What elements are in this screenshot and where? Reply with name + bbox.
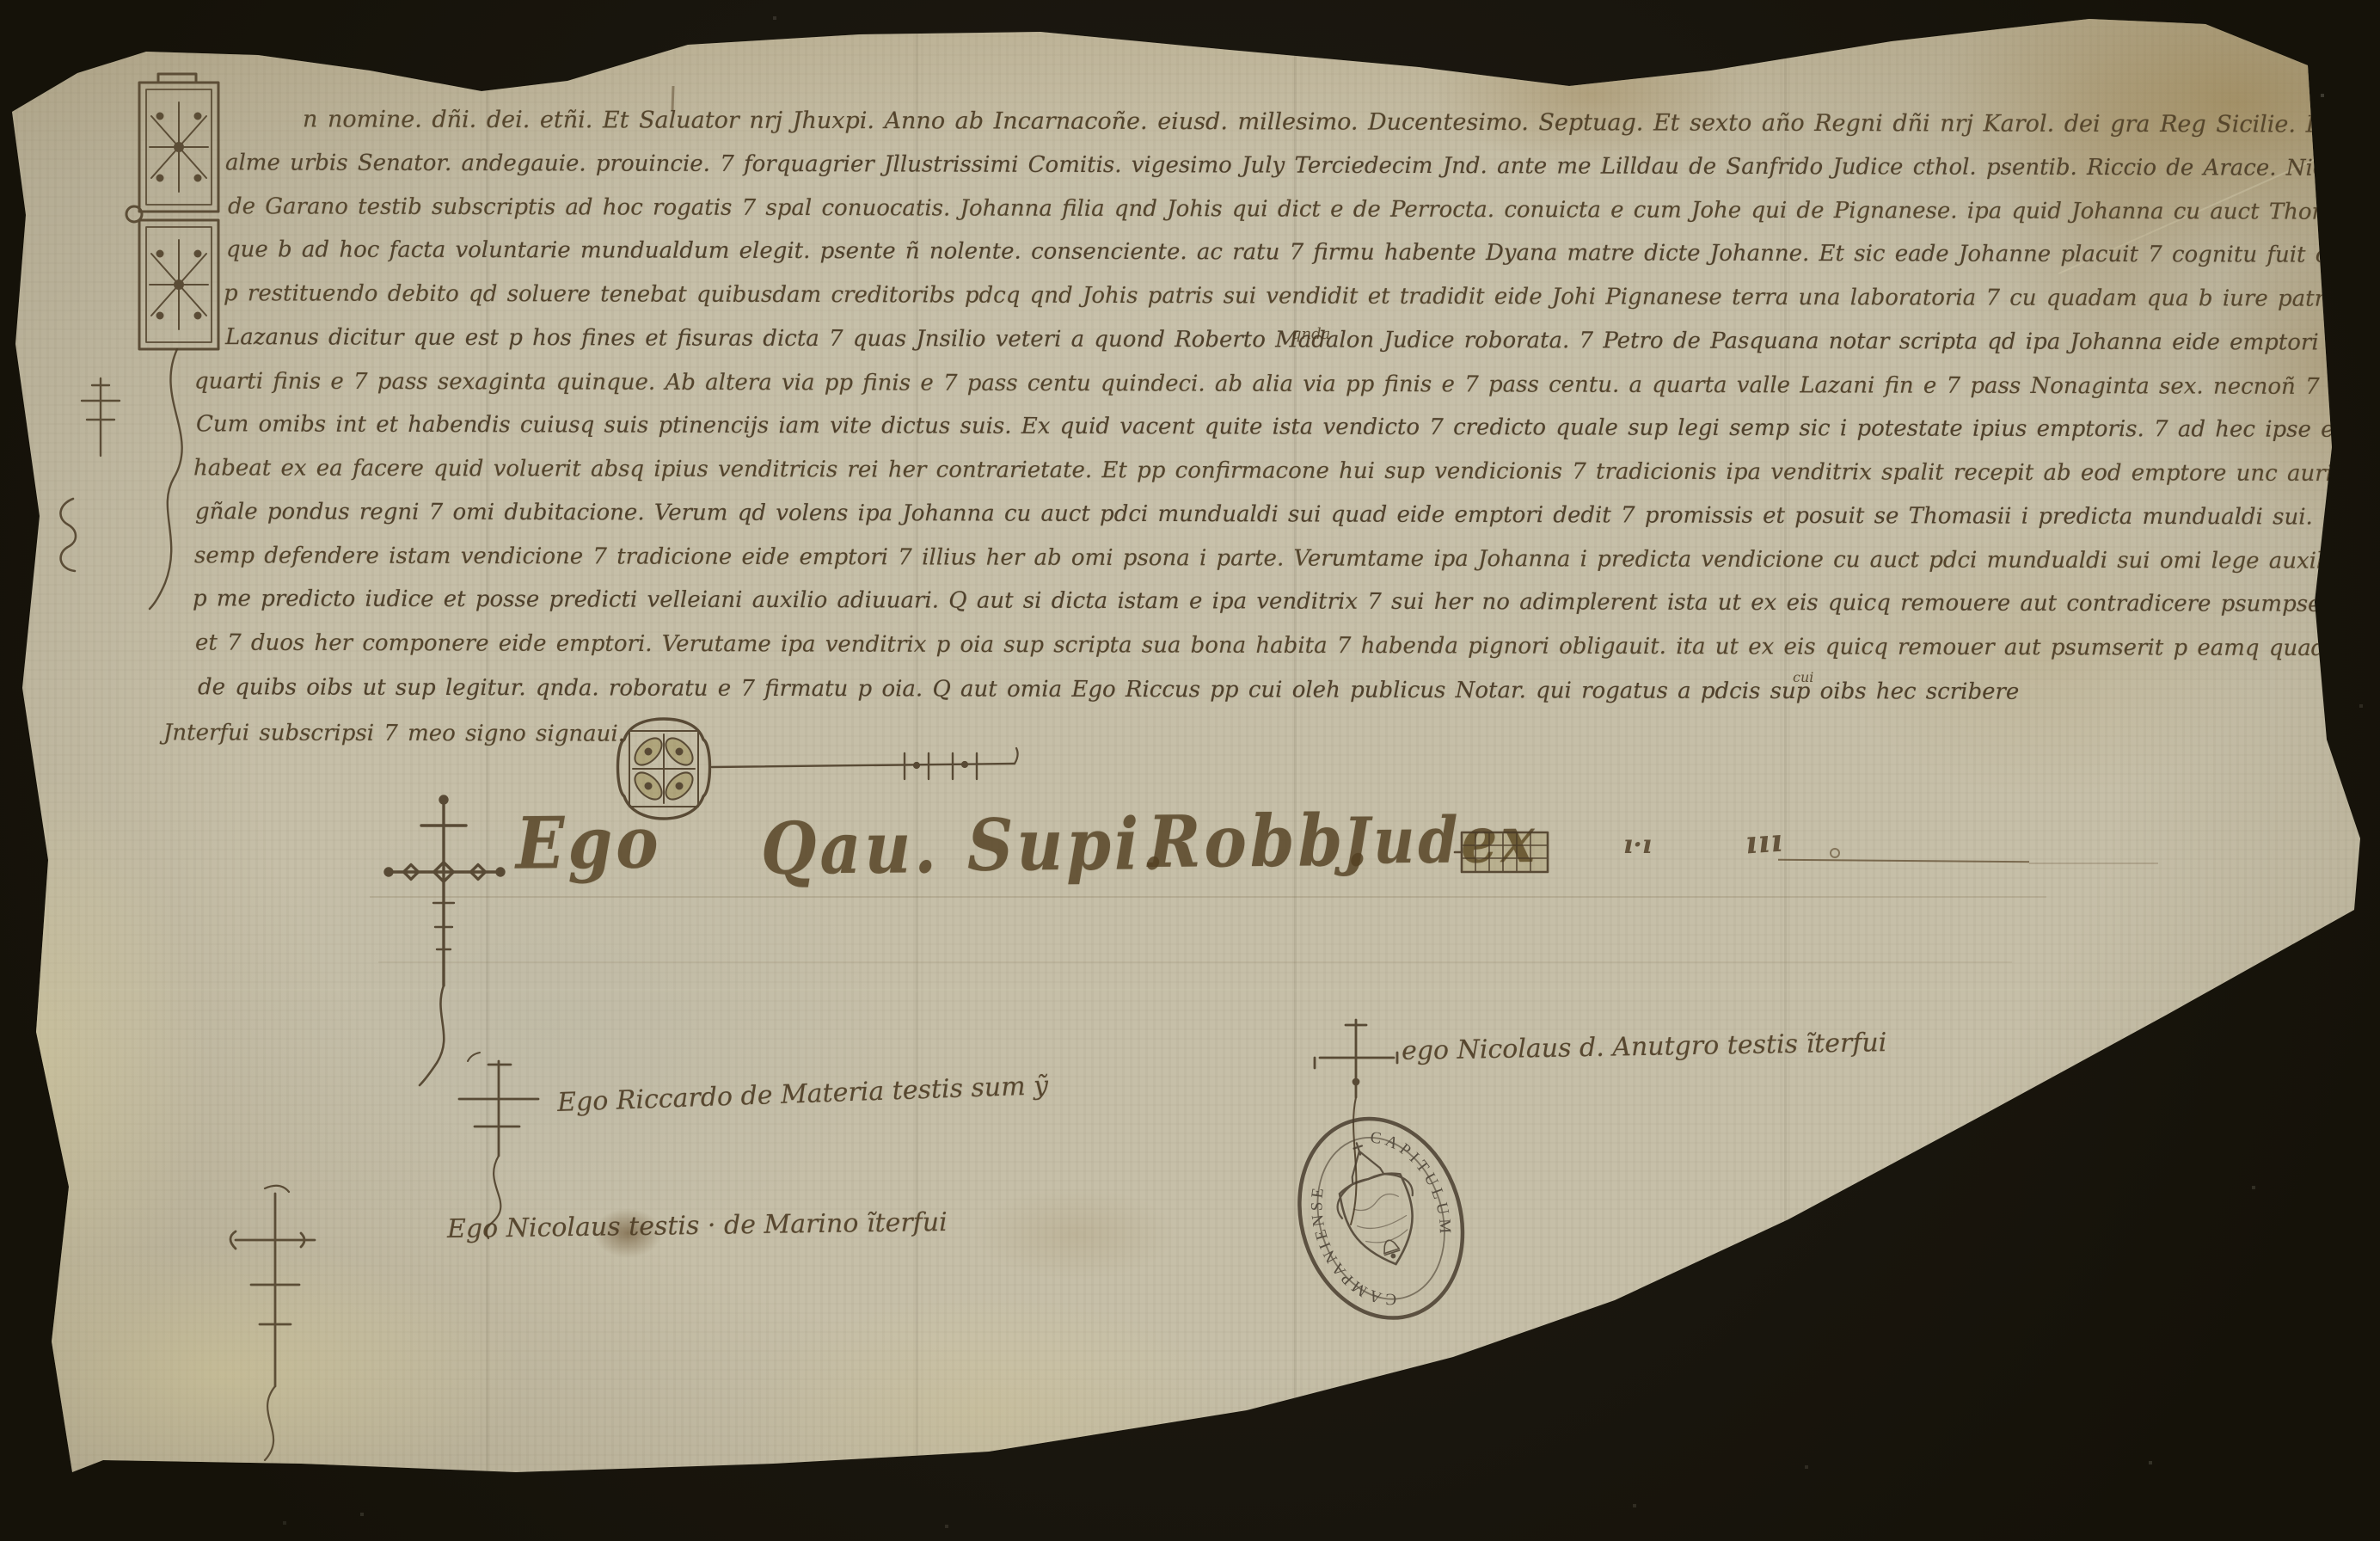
parchment-sheet: n nomine. dñi. dei. etñi. Et Saluator nr…	[0, 0, 2380, 1541]
dust-specks	[0, 0, 2, 2]
edge-vignette	[0, 0, 2380, 1541]
photograph-background: { "document": { "kind": "medieval parchm…	[0, 0, 2380, 1541]
